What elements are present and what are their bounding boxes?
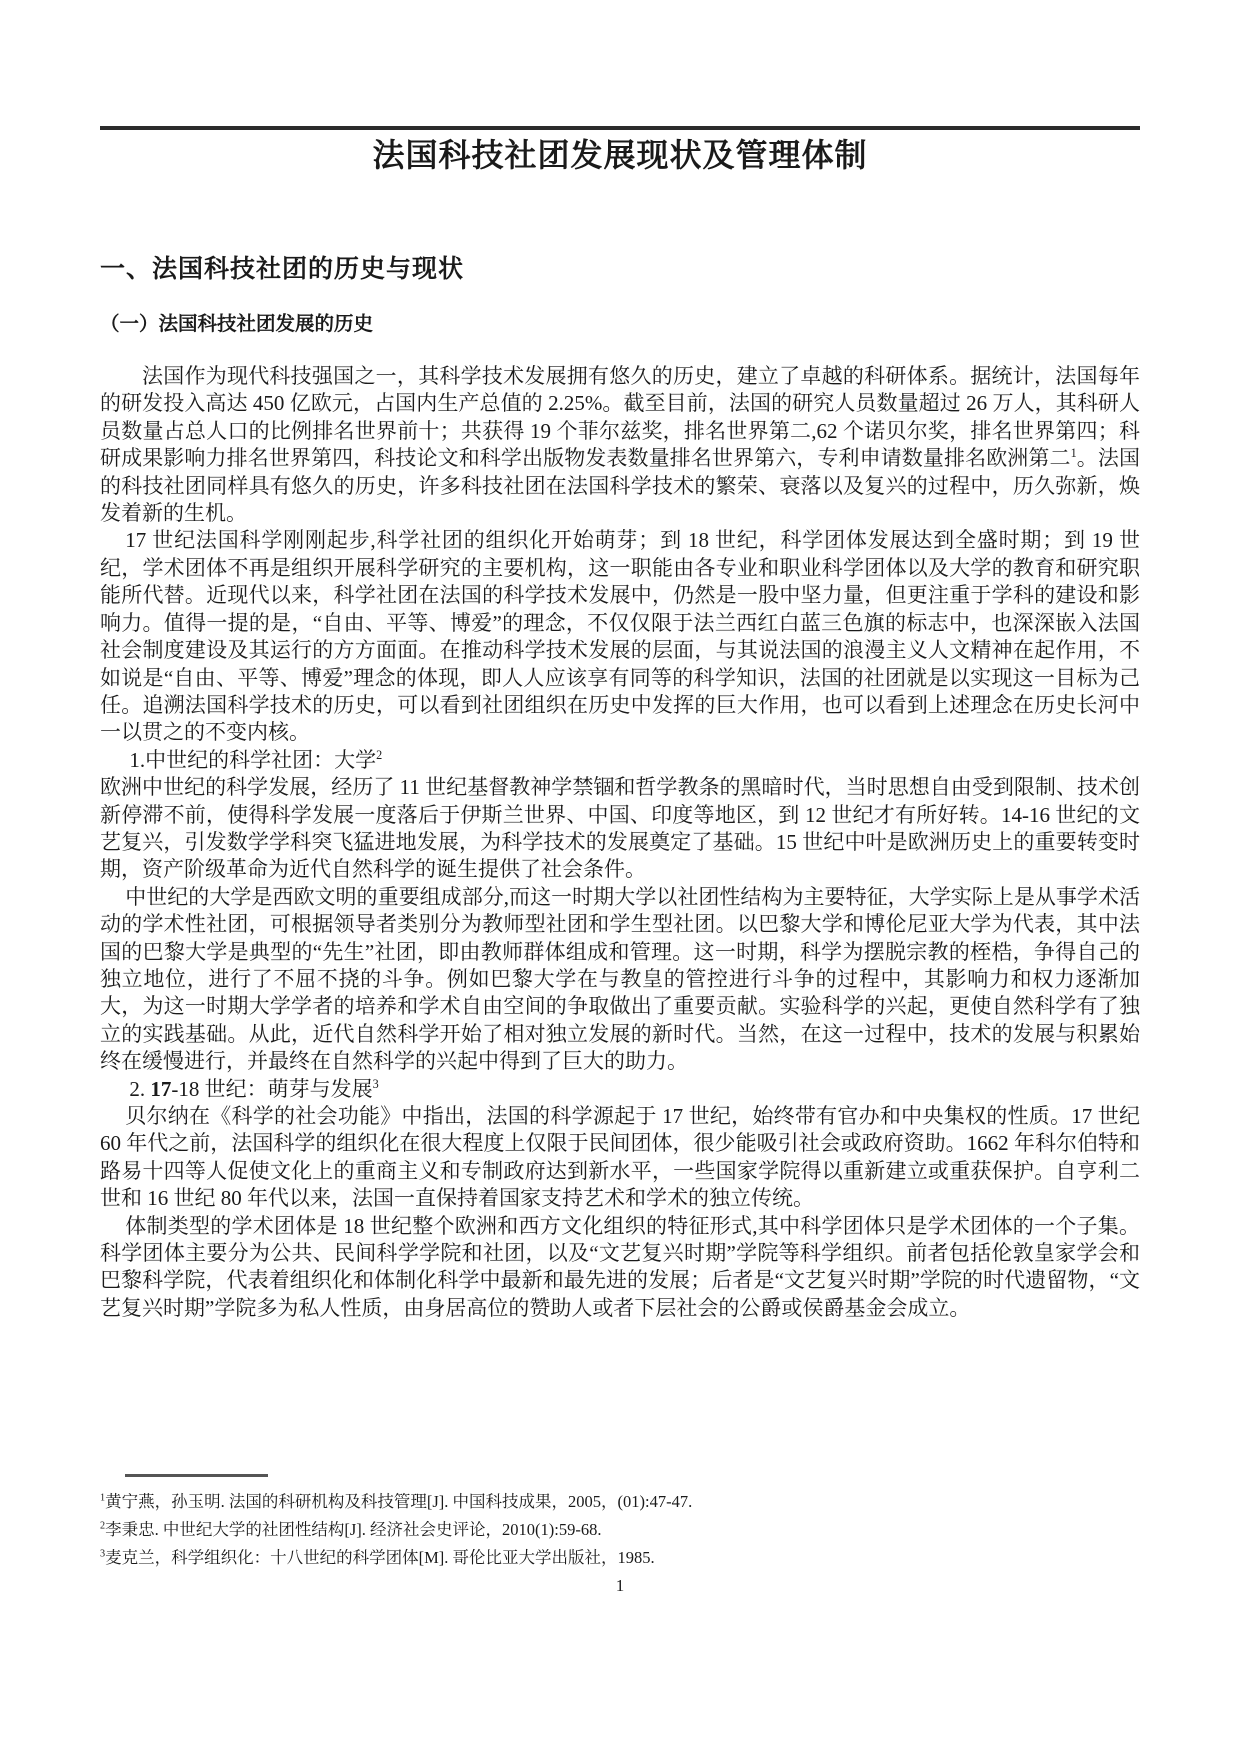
list-item-2-rest: -18 世纪：萌芽与发展 bbox=[171, 1077, 372, 1101]
footnote-3: 3麦克兰，科学组织化：十八世纪的科学团体[M]. 哥伦比亚大学出版社，1985. bbox=[100, 1545, 1140, 1570]
list-item-2-num: 2. bbox=[129, 1077, 150, 1101]
footnote-separator bbox=[125, 1474, 268, 1477]
list-item-heading-1: 1.中世纪的科学社团：大学2 bbox=[100, 747, 1140, 774]
section-heading: 一、法国科技社团的历史与现状 bbox=[100, 253, 1140, 286]
list-item-1-text: 1.中世纪的科学社团：大学 bbox=[129, 748, 376, 772]
body-paragraph-1: 法国作为现代科技强国之一，其科学技术发展拥有悠久的历史，建立了卓越的科研体系。据… bbox=[100, 363, 1140, 527]
footnote-1-text: 黄宁燕，孙玉明. 法国的科研机构及科技管理[J]. 中国科技成果，2005，(0… bbox=[105, 1492, 692, 1511]
body-paragraph-2: 17 世纪法国科学刚刚起步,科学社团的组织化开始萌芽；到 18 世纪，科学团体发… bbox=[100, 527, 1140, 746]
body-paragraph-6: 体制类型的学术团体是 18 世纪整个欧洲和西方文化组织的特征形式,其中科学团体只… bbox=[100, 1213, 1140, 1323]
body-paragraph-5: 贝尔纳在《科学的社会功能》中指出，法国的科学源起于 17 世纪，始终带有官办和中… bbox=[100, 1103, 1140, 1213]
subsection-heading: （一）法国科技社团发展的历史 bbox=[100, 312, 1140, 337]
list-item-heading-2: 2. 17-18 世纪：萌芽与发展3 bbox=[100, 1076, 1140, 1103]
title-top-rule bbox=[100, 126, 1140, 130]
list-item-2-bold: 17 bbox=[150, 1077, 171, 1101]
footnote-ref-2: 2 bbox=[376, 748, 382, 762]
footnote-2: 2李秉忠. 中世纪大学的社团性结构[J]. 经济社会史评论，2010(1):59… bbox=[100, 1517, 1140, 1542]
page-number: 1 bbox=[0, 1575, 1240, 1597]
body-text: 法国作为现代科技强国之一，其科学技术发展拥有悠久的历史，建立了卓越的科研体系。据… bbox=[100, 363, 1140, 1322]
footnote-3-text: 麦克兰，科学组织化：十八世纪的科学团体[M]. 哥伦比亚大学出版社，1985. bbox=[105, 1548, 655, 1567]
paragraph-1-text: 法国作为现代科技强国之一，其科学技术发展拥有悠久的历史，建立了卓越的科研体系。据… bbox=[100, 364, 1140, 470]
footnote-ref-3: 3 bbox=[373, 1077, 379, 1091]
body-paragraph-4: 中世纪的大学是西欧文明的重要组成部分,而这一时期大学以社团性结构为主要特征，大学… bbox=[100, 884, 1140, 1076]
body-paragraph-3: 欧洲中世纪的科学发展，经历了 11 世纪基督教神学禁锢和哲学教条的黑暗时代，当时… bbox=[100, 774, 1140, 884]
document-page: 法国科技社团发展现状及管理体制 一、法国科技社团的历史与现状 （一）法国科技社团… bbox=[0, 0, 1240, 1753]
document-content: 法国科技社团发展现状及管理体制 一、法国科技社团的历史与现状 （一）法国科技社团… bbox=[0, 126, 1240, 1322]
document-title: 法国科技社团发展现状及管理体制 bbox=[100, 134, 1140, 177]
footnote-1: 1黄宁燕，孙玉明. 法国的科研机构及科技管理[J]. 中国科技成果，2005，(… bbox=[100, 1489, 1140, 1514]
footnote-2-text: 李秉忠. 中世纪大学的社团性结构[J]. 经济社会史评论，2010(1):59-… bbox=[105, 1520, 601, 1539]
footnotes-section: 1黄宁燕，孙玉明. 法国的科研机构及科技管理[J]. 中国科技成果，2005，(… bbox=[100, 1474, 1140, 1573]
